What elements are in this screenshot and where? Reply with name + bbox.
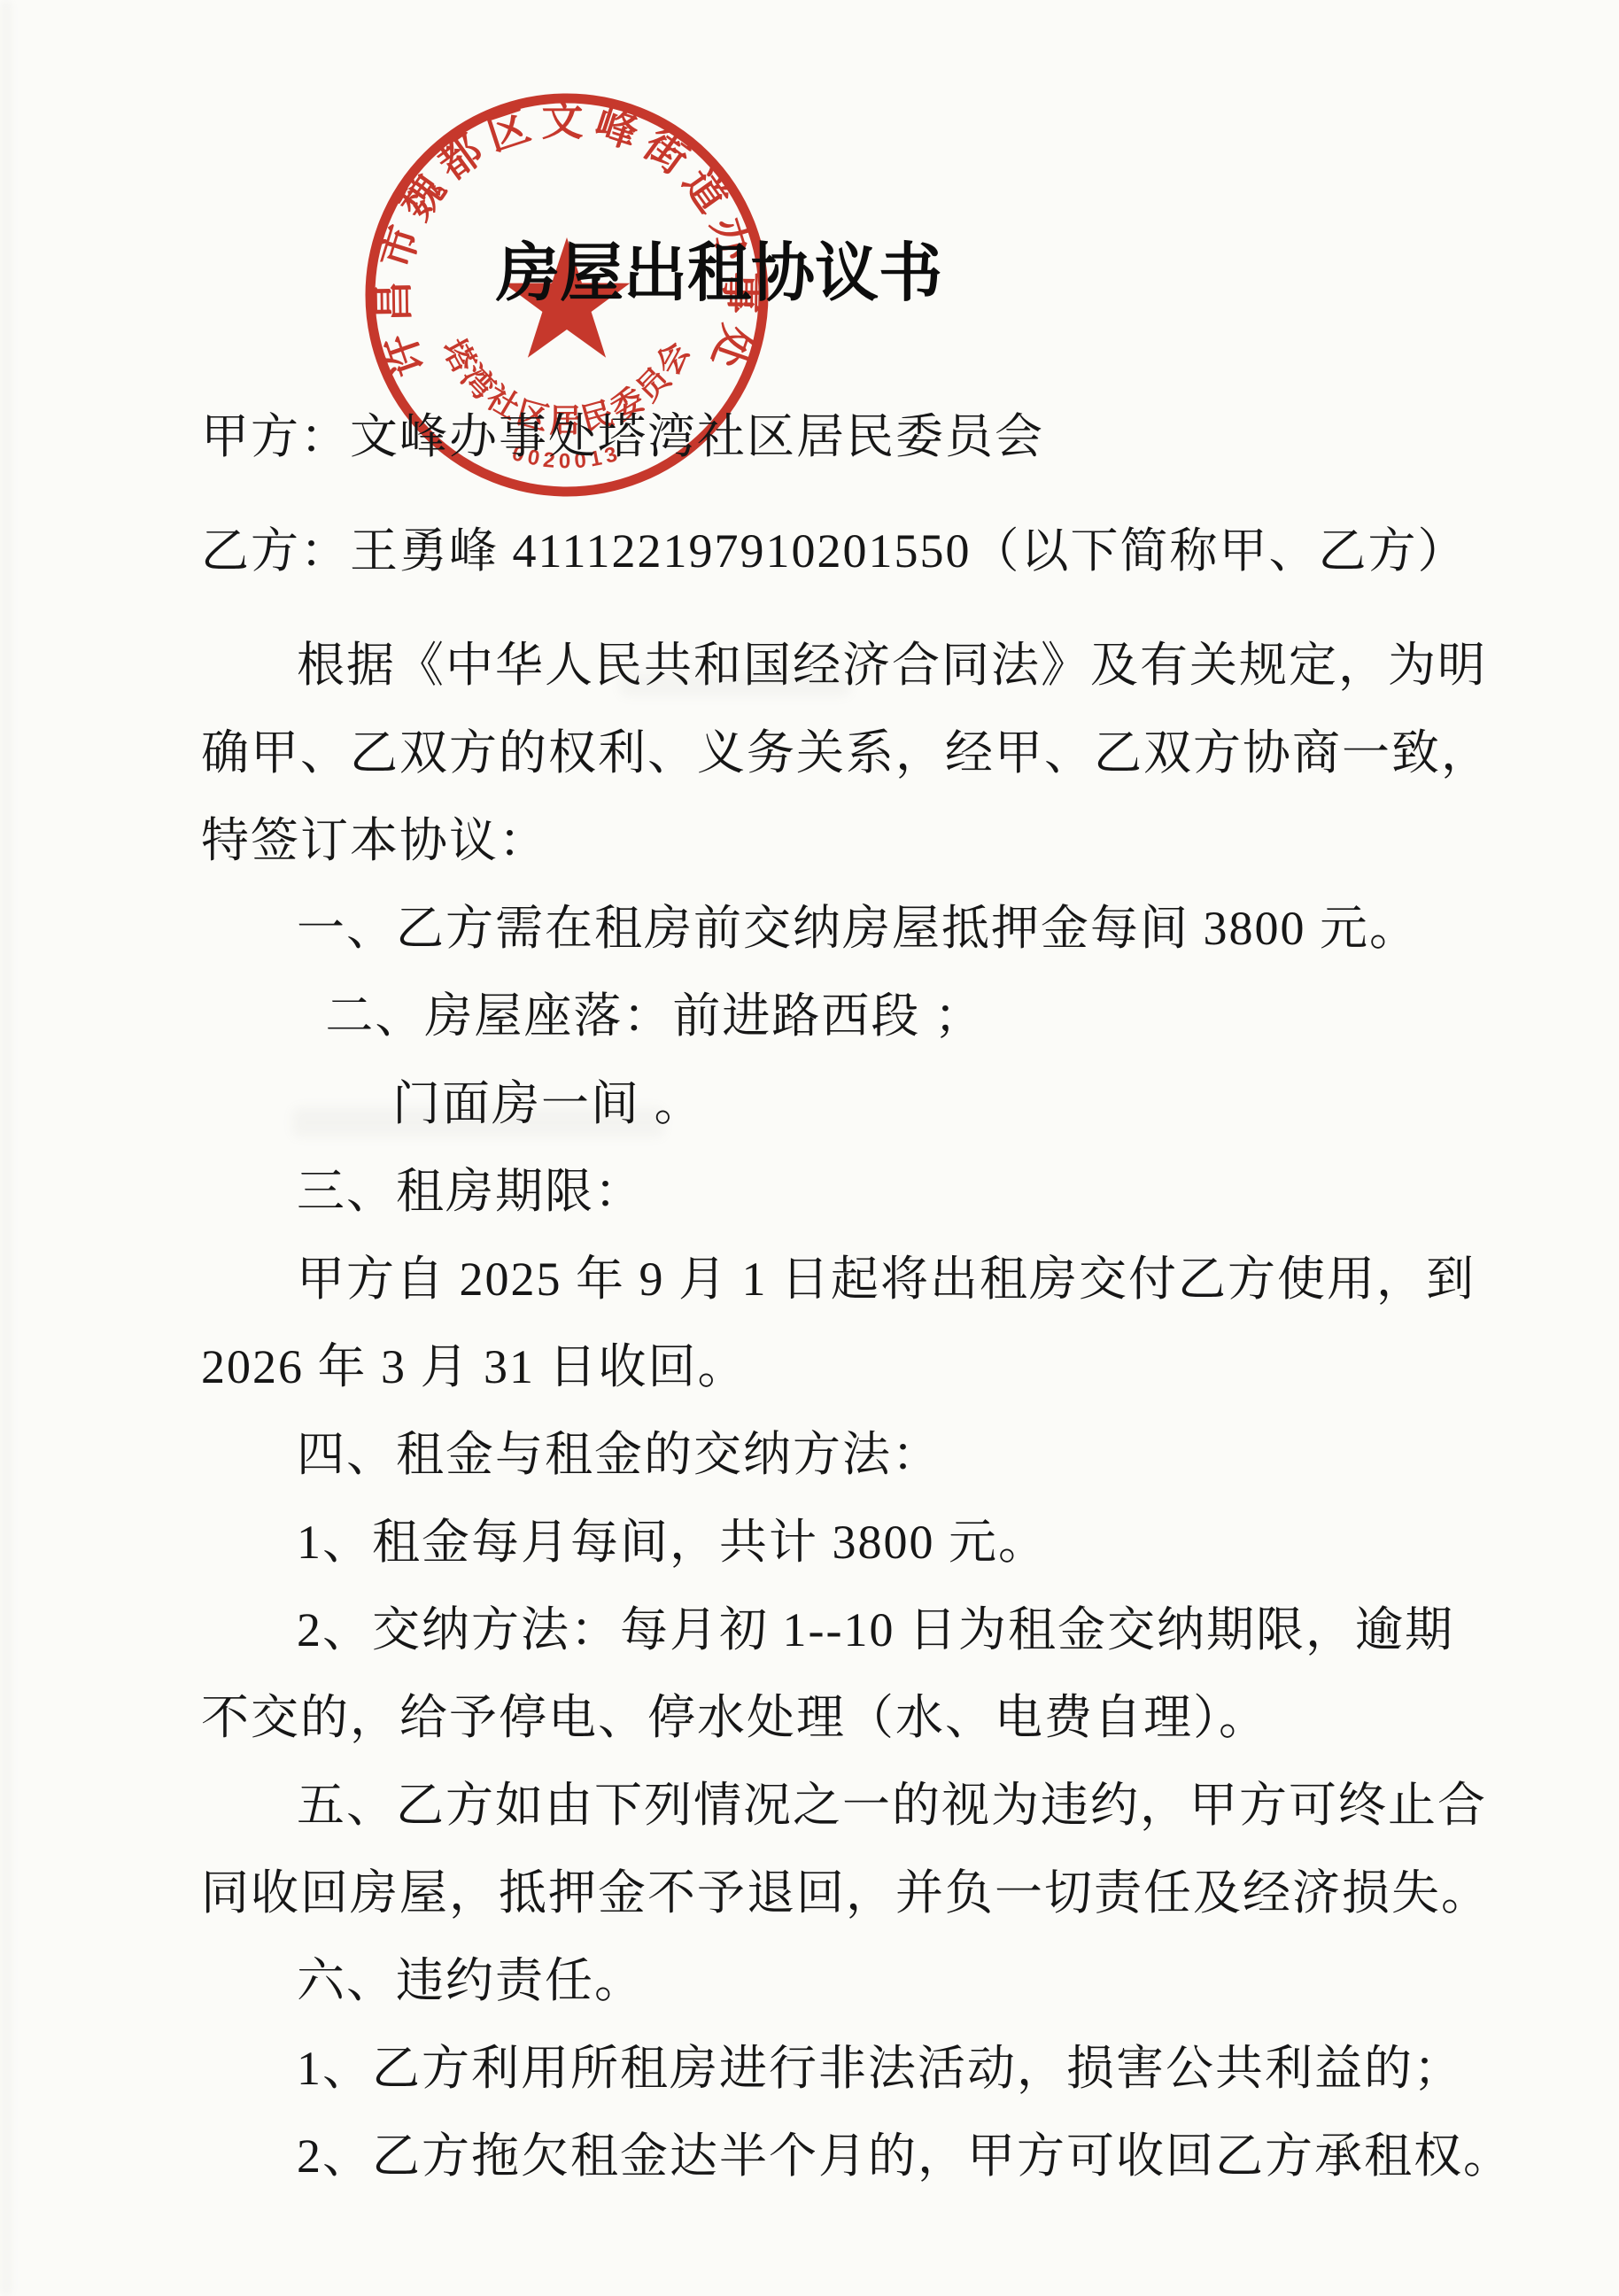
clause-4-line: 四、租金与租金的交纳方法： <box>201 1411 1494 1499</box>
preamble-line: 根据《中华人民共和国经济合同法》及有关规定，为明 <box>201 622 1494 710</box>
scan-artifact <box>0 0 12 2296</box>
party-a-line: 甲方：文峰办事处塔湾社区居民委员会 <box>201 393 1494 481</box>
clause-5-line: 同收回房屋，抵押金不予退回，并负一切责任及经济损失。 <box>201 1850 1494 1937</box>
preamble-line: 特签订本协议： <box>201 797 1494 885</box>
clause-6-line: 2、乙方拖欠租金达半个月的，甲方可收回乙方承租权。 <box>201 2113 1494 2200</box>
clause-4-line: 2、交纳方法：每月初 1--10 日为租金交纳期限，逾期 <box>201 1586 1494 1674</box>
clause-4-line: 1、租金每月每间，共计 3800 元。 <box>201 1499 1494 1586</box>
clause-3-line: 2026 年 3 月 31 日收回。 <box>201 1323 1494 1411</box>
contract-title: 房屋出租协议书 <box>496 221 942 314</box>
preamble-line: 确甲、乙双方的权利、义务关系，经甲、乙双方协商一致， <box>201 710 1494 797</box>
clause-2-line: 二、房屋座落：前进路西段 ； <box>201 973 1494 1060</box>
document-page: { "document": { "title": "房屋出租协议书", "lin… <box>0 0 1619 2296</box>
clause-5-line: 五、乙方如由下列情况之一的视为违约，甲方可终止合 <box>201 1762 1494 1850</box>
clause-4-line: 不交的，给予停电、停水处理（水、电费自理）。 <box>201 1674 1494 1762</box>
contract-body: 甲方：文峰办事处塔湾社区居民委员会 乙方：王勇峰 411122197910201… <box>201 393 1494 2200</box>
clause-3-line: 甲方自 2025 年 9 月 1 日起将出租房交付乙方使用，到 <box>201 1236 1494 1323</box>
clause-3-line: 三、租房期限： <box>201 1148 1494 1236</box>
party-b-line: 乙方：王勇峰 411122197910201550（以下简称甲、乙方） <box>201 508 1494 595</box>
clause-6-line: 1、乙方利用所租房进行非法活动，损害公共利益的； <box>201 2025 1494 2113</box>
clause-6-line: 六、违约责任。 <box>201 1937 1494 2025</box>
clause-1-line: 一、乙方需在租房前交纳房屋抵押金每间 3800 元。 <box>201 885 1494 973</box>
clause-2-line: 门面房一间 。 <box>201 1060 1494 1148</box>
scanned-contract-page: 许昌市魏都区文峰街道办事处 塔湾社区居民委员会 0020013 房屋出租协议书 … <box>0 0 1619 2296</box>
